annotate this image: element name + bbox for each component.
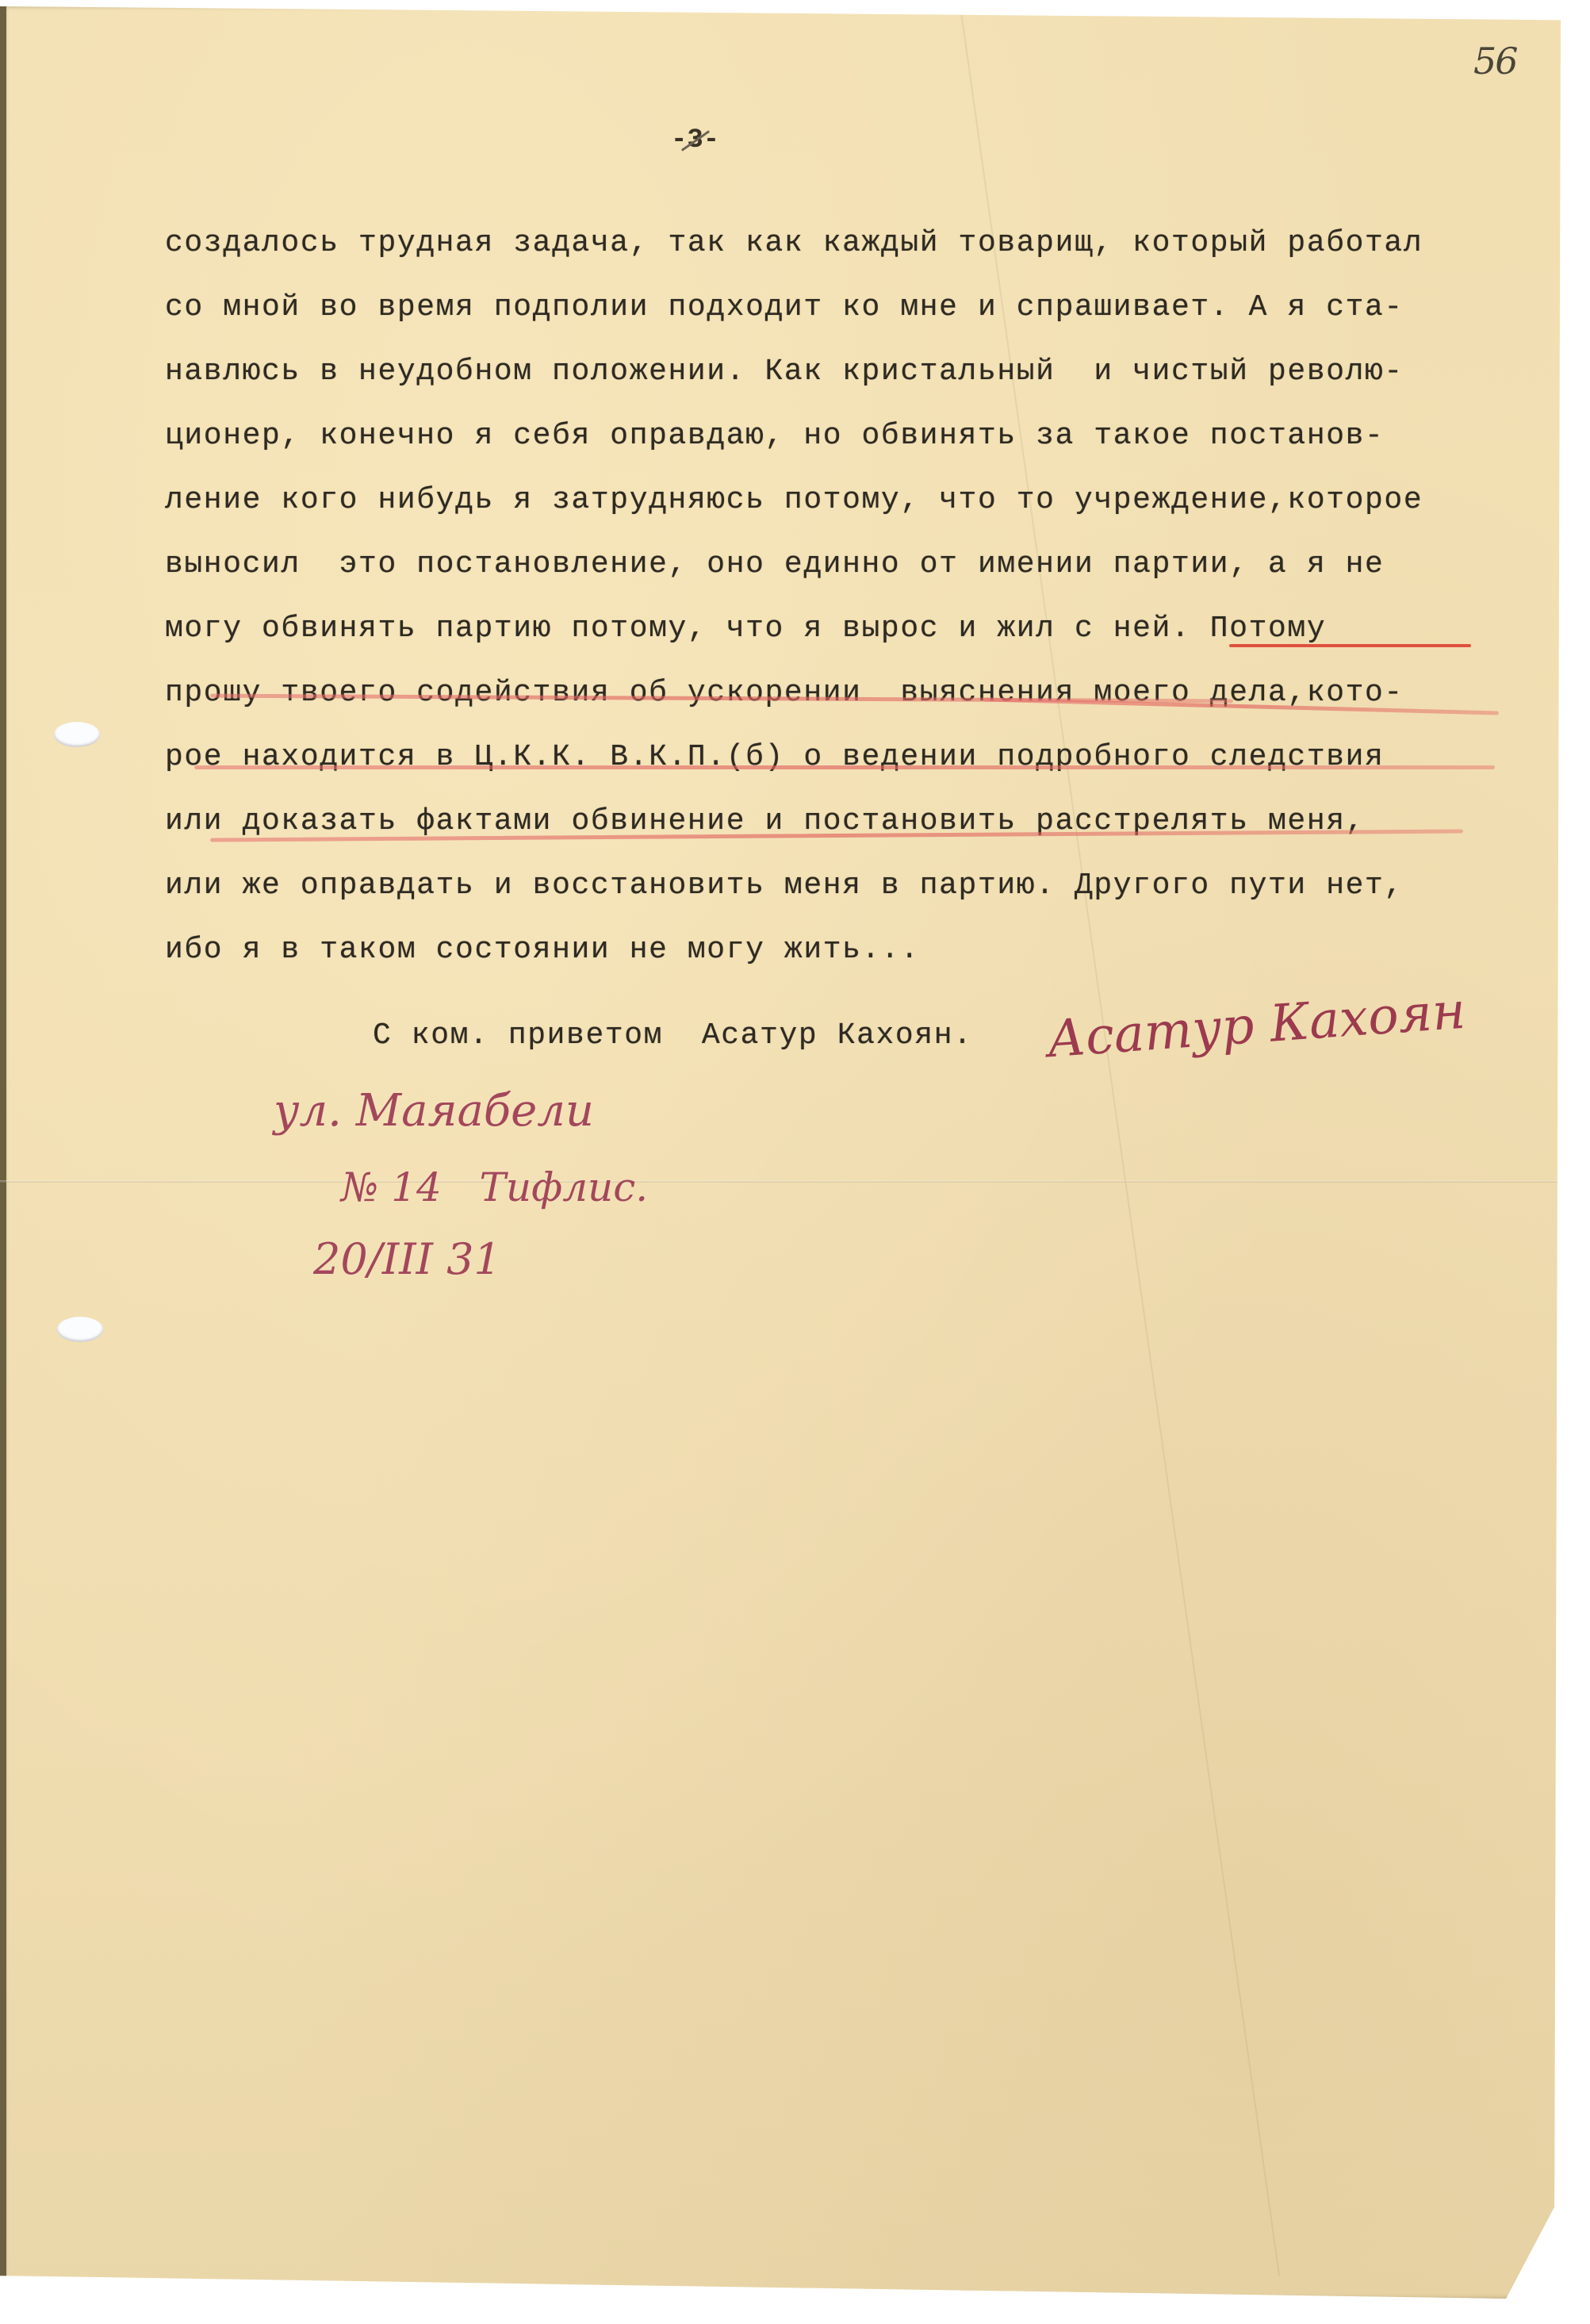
body-line-2: со мной во время подполии подходит ко мн… (165, 275, 1561, 339)
punch-hole-top (54, 722, 100, 747)
body-line-8: прошу твоего содействия об ускорении выя… (165, 661, 1561, 725)
body-line-5: ление кого нибудь я затрудняюсь потому, … (165, 468, 1561, 532)
body-line-1: создалось трудная задача, так как каждый… (165, 211, 1561, 275)
body-line-12: ибо я в таком состоянии не могу жить... (165, 918, 1561, 982)
body-line-4: ционер, конечно я себя оправдаю, но обви… (165, 404, 1561, 468)
typed-page-marker: -3- (671, 125, 719, 155)
letter-body: создалось трудная задача, так как каждый… (165, 211, 1561, 982)
body-line-6: выносил это постановление, оно единно от… (165, 532, 1561, 596)
body-line-7: могу обвинять партию потому, что я вырос… (165, 596, 1561, 661)
body-line-9: рое находится в Ц.К.К. В.К.П.(б) о веден… (165, 725, 1561, 789)
red-underline-line-9 (194, 765, 1495, 769)
handwritten-house-city: № 14 Тифлис. (341, 1164, 648, 1210)
handwritten-date: 20/III 31 (313, 1234, 501, 1284)
archive-page-number: 56 (1473, 40, 1517, 82)
body-line-10: или доказать фактами обвинение и постано… (165, 789, 1561, 853)
paper-fold-horizontal (0, 1180, 1561, 1183)
handwritten-street: ул. Маяабели (274, 1085, 594, 1137)
handwritten-signature: Асатур Кахоян (1045, 982, 1467, 1070)
body-line-11: или же оправдать и восстановить меня в п… (165, 853, 1561, 918)
punch-hole-bottom (57, 1317, 103, 1342)
red-underline-potomu (1229, 644, 1471, 647)
closing-line: С ком. приветом Асатур Кахоян. (373, 1018, 973, 1053)
document-page: 56 -3- создалось трудная задача, так как… (0, 6, 1561, 2299)
body-line-3: навлюсь в неудобном положении. Как крист… (165, 339, 1561, 404)
